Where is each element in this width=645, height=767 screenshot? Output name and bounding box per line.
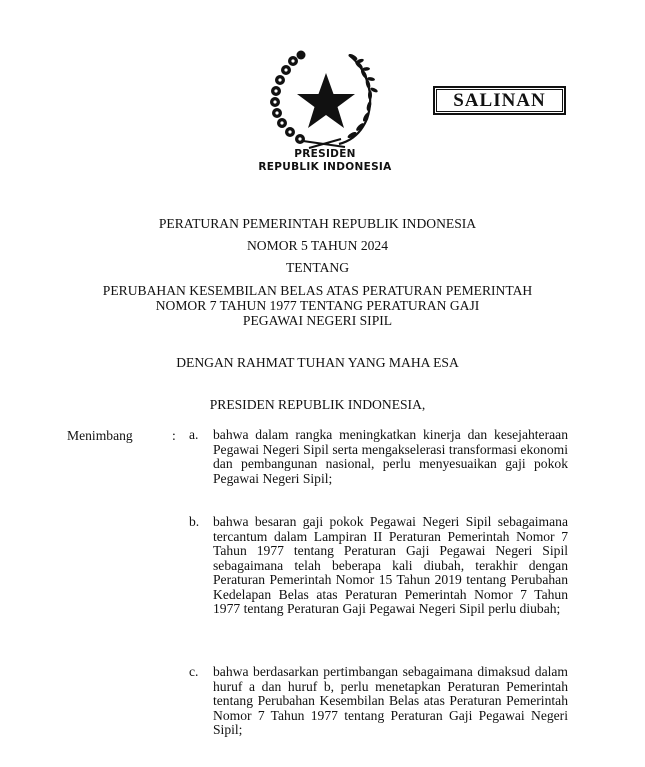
document-page: PRESIDEN REPUBLIK INDONESIA SALINAN PERA… xyxy=(0,0,645,767)
considerations-label: Menimbang xyxy=(67,428,133,443)
item-text: bahwa berdasarkan pertimbangan sebagaima… xyxy=(213,665,568,738)
copy-stamp: SALINAN xyxy=(433,86,566,115)
about-label: TENTANG xyxy=(40,260,595,275)
item-text: bahwa besaran gaji pokok Pegawai Negeri … xyxy=(213,515,568,617)
institution-line-1: PRESIDEN xyxy=(200,148,450,161)
subject-line-1: PERUBAHAN KESEMBILAN BELAS ATAS PERATURA… xyxy=(40,283,595,298)
subject-line-3: PEGAWAI NEGERI SIPIL xyxy=(40,313,595,328)
item-letter: a. xyxy=(189,428,198,443)
issuer: PRESIDEN REPUBLIK INDONESIA, xyxy=(40,397,595,412)
item-text: bahwa dalam rangka meningkatkan kinerja … xyxy=(213,428,568,486)
item-letter: c. xyxy=(189,665,198,680)
regulation-number: NOMOR 5 TAHUN 2024 xyxy=(40,238,595,253)
regulation-type: PERATURAN PEMERINTAH REPUBLIK INDONESIA xyxy=(40,216,595,231)
presidential-seal-icon xyxy=(263,43,389,153)
institution-line-2: REPUBLIK INDONESIA xyxy=(200,161,450,174)
item-letter: b. xyxy=(189,515,199,530)
invocation: DENGAN RAHMAT TUHAN YANG MAHA ESA xyxy=(40,355,595,370)
considerations-separator: : xyxy=(172,428,176,443)
subject-line-2: NOMOR 7 TAHUN 1977 TENTANG PERATURAN GAJ… xyxy=(40,298,595,313)
